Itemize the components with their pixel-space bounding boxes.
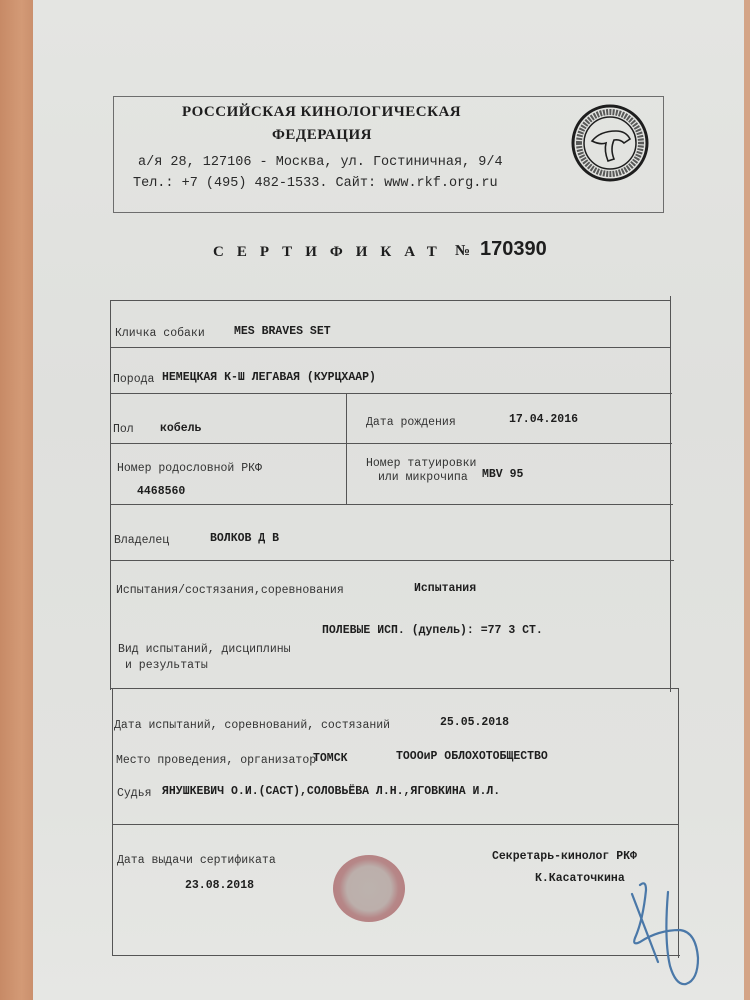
column-divider [346,393,347,504]
row-divider [110,504,673,505]
background-edge [744,0,750,1000]
sex-value: кобель [160,422,201,435]
venue-label: Место проведения, организатор [116,754,316,767]
table-border-left [110,300,111,690]
table-border-bottom [112,955,680,956]
discipline-result-value: ПОЛЕВЫЕ ИСП. (дупель): =77 3 СТ. [322,624,543,637]
event-type-value: Испытания [414,582,476,595]
venue-city-value: ТОМСК [313,752,348,765]
owner-label: Владелец [114,534,169,547]
org-contacts: Тел.: +7 (495) 482-1533. Сайт: www.rkf.o… [133,176,498,191]
judge-label: Судья [117,787,152,800]
row-divider [112,824,678,825]
pedigree-label: Номер родословной РКФ [117,462,262,475]
row-divider [110,560,674,561]
table-border-right [670,296,671,692]
event-type-label: Испытания/состязания,соревнования [116,584,344,597]
discipline-label-line1: Вид испытаний, дисциплины [118,643,291,656]
hologram-stamp-icon [333,855,405,922]
tattoo-value: MBV 95 [482,468,523,481]
row-divider [110,347,671,348]
row-divider [110,443,672,444]
certificate-title: СЕРТИФИКАТ [213,244,450,261]
sex-label: Пол [113,423,134,436]
lower-border-left [112,688,113,956]
event-date-label: Дата испытаний, соревнований, состязаний [114,719,390,732]
row-divider [110,688,678,689]
number-sign: № [455,243,470,260]
issue-date-label: Дата выдачи сертификата [117,854,276,867]
judges-value: ЯНУШКЕВИЧ О.И.(САСТ),СОЛОВЬЁВА Л.Н.,ЯГОВ… [162,785,500,798]
table-border-top [110,300,670,301]
cork-board-background [0,0,36,1000]
handwritten-signature-icon [610,880,710,990]
issue-date-value: 23.08.2018 [185,879,254,892]
dog-name-value: MES BRAVES SET [234,325,331,338]
tattoo-label-line1: Номер татуировки [366,457,476,470]
org-name-line2: ФЕДЕРАЦИЯ [272,127,372,144]
owner-value: ВОЛКОВ Д В [210,532,279,545]
org-name-line1: РОССИЙСКАЯ КИНОЛОГИЧЕСКАЯ [182,104,461,121]
birth-date-label: Дата рождения [366,416,456,429]
org-address: а/я 28, 127106 - Москва, ул. Гостиничная… [138,155,503,170]
certificate-number: 170390 [480,238,547,261]
birth-date-value: 17.04.2016 [509,413,578,426]
venue-org-value: ТОООиР ОБЛОХОТОБЩЕСТВО [396,750,548,763]
secretary-label: Секретарь-кинолог РКФ [492,850,637,863]
rkf-seal-dog-head-icon [570,103,650,183]
breed-value: НЕМЕЦКАЯ К-Ш ЛЕГАВАЯ (КУРЦХААР) [162,371,376,384]
event-date-value: 25.05.2018 [440,716,509,729]
discipline-label-line2: и результаты [125,659,208,672]
row-divider [110,393,672,394]
breed-label: Порода [113,373,154,386]
tattoo-label-line2: или микрочипа [378,471,468,484]
dog-name-label: Кличка собаки [115,327,205,340]
pedigree-value: 4468560 [137,485,185,498]
